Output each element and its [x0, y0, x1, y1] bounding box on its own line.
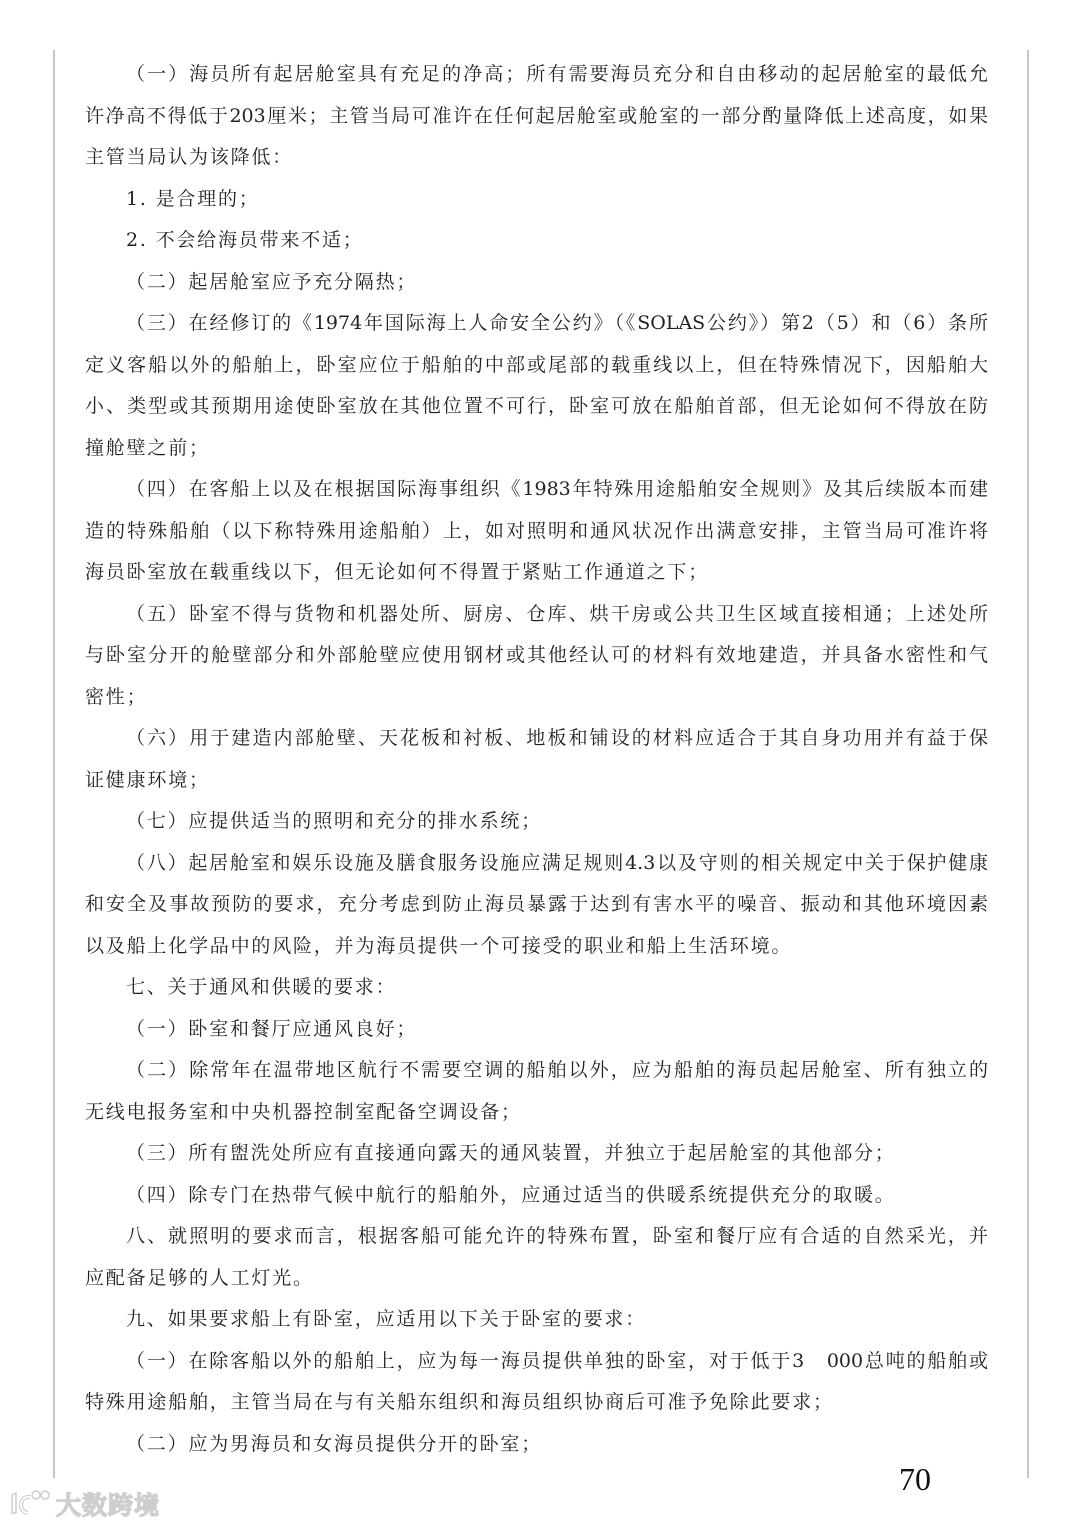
text-line: （二）应为男海员和女海员提供分开的卧室； [126, 1423, 542, 1465]
text-line: 证健康环境； [85, 759, 210, 801]
text-line: 特殊用途船舶，主管当局在与有关船东组织和海员组织协商后可准予免除此要求； [85, 1381, 834, 1423]
text-line: （七）应提供适当的照明和充分的排水系统； [126, 800, 542, 842]
text-line: （一）海员所有起居舱室具有充足的净高；所有需要海员充分和自由移动的起居舱室的最低… [126, 53, 988, 95]
text-line: （五）卧室不得与货物和机器处所、厨房、仓库、烘干房或公共卫生区域直接相通；上述处… [126, 593, 988, 635]
text-line: （四）在客船上以及在根据国际海事组织《1983年特殊用途船舶安全规则》及其后续版… [126, 468, 988, 510]
text-line: 造的特殊船舶（以下称特殊用途船舶）上，如对照明和通风状况作出满意安排，主管当局可… [85, 510, 988, 552]
text-line: 小、类型或其预期用途使卧室放在其他位置不可行，卧室可放在船舶首部，但无论如何不得… [85, 385, 988, 427]
dashu-logo-icon [8, 1489, 50, 1519]
text-line: （六）用于建造内部舱壁、天花板和衬板、地板和铺设的材料应适合于其自身功用并有益于… [126, 717, 988, 759]
left-margin-rule [53, 50, 55, 1478]
text-line: （二）起居舱室应予充分隔热； [126, 261, 417, 303]
page-number: 70 [899, 1462, 931, 1496]
text-line: 撞舱壁之前； [85, 427, 210, 469]
text-line: 和安全及事故预防的要求，充分考虑到防止海员暴露于达到有害水平的噪音、振动和其他环… [85, 883, 988, 925]
text-line: 许净高不得低于203厘米；主管当局可准许在任何起居舱室或舱室的一部分酌量降低上述… [85, 95, 988, 137]
right-margin-rule [1027, 50, 1029, 1478]
text-line: 1. 是合理的； [126, 178, 260, 220]
text-line: 七、关于通风和供暖的要求： [126, 966, 396, 1008]
text-line: 定义客船以外的船舶上，卧室应位于船舶的中部或尾部的载重线以上，但在特殊情况下，因… [85, 344, 988, 386]
text-line: （一）在除客船以外的船舶上，应为每一海员提供单独的卧室，对于低于3 000总吨的… [126, 1340, 988, 1382]
text-line: （八）起居舱室和娱乐设施及膳食服务设施应满足规则4.3以及守则的相关规定中关于保… [126, 842, 988, 884]
text-line: （一）卧室和餐厅应通风良好； [126, 1008, 417, 1050]
text-line: 九、如果要求船上有卧室，应适用以下关于卧室的要求： [126, 1298, 646, 1340]
text-line: 2. 不会给海员带来不适； [126, 219, 364, 261]
text-line: 应配备足够的人工灯光。 [85, 1257, 314, 1299]
text-line: 密性； [85, 676, 147, 718]
text-line: 与卧室分开的舱壁部分和外部舱壁应使用钢材或其他经认可的材料有效地建造，并具备水密… [85, 634, 988, 676]
text-line: 主管当局认为该降低： [85, 136, 293, 178]
text-line: 海员卧室放在载重线以下，但无论如何不得置于紧贴工作通道之下； [85, 551, 709, 593]
watermark-text: 大数跨境 [56, 1486, 160, 1522]
text-line: （四）除专门在热带气候中航行的船舶外，应通过适当的供暖系统提供充分的取暖。 [126, 1174, 896, 1216]
text-line: （三）在经修订的《1974年国际海上人命安全公约》（《SOLAS公约》）第2（5… [126, 302, 988, 344]
text-line: （三）所有盥洗处所应有直接通向露天的通风装置，并独立于起居舱室的其他部分； [126, 1132, 896, 1174]
watermark: 大数跨境 [8, 1486, 160, 1522]
text-line: 无线电报务室和中央机器控制室配备空调设备； [85, 1091, 522, 1133]
document-page: （一）海员所有起居舱室具有充足的净高；所有需要海员充分和自由移动的起居舱室的最低… [0, 0, 1080, 1528]
text-line: （二）除常年在温带地区航行不需要空调的船舶以外，应为船舶的海员起居舱室、所有独立… [126, 1049, 988, 1091]
text-line: 八、就照明的要求而言，根据客船可能允许的特殊布置，卧室和餐厅应有合适的自然采光，… [126, 1215, 988, 1257]
text-line: 以及船上化学品中的风险，并为海员提供一个可接受的职业和船上生活环境。 [85, 925, 792, 967]
